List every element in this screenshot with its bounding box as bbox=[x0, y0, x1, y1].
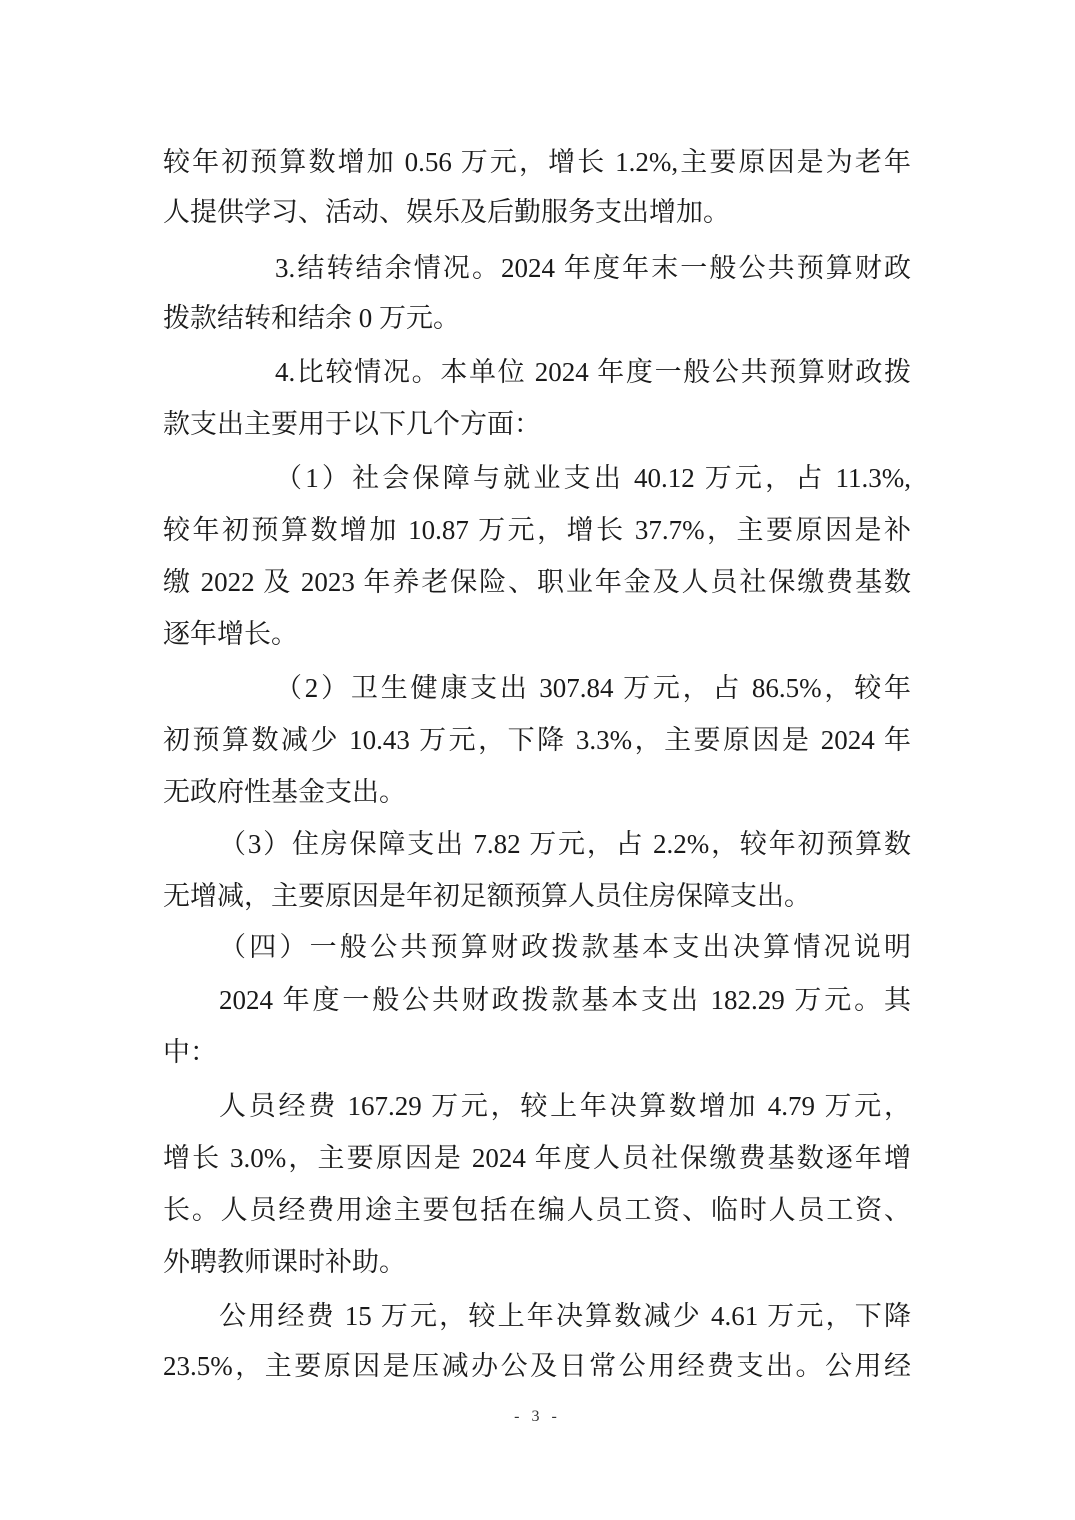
paragraph-line: 公用经费 15 万元，较上年决算数减少 4.61 万元，下降 bbox=[219, 1296, 911, 1336]
paragraph-line: 长。人员经费用途主要包括在编人员工资、临时人员工资、 bbox=[163, 1190, 911, 1230]
paragraph-line: 增长 3.0%，主要原因是 2024 年度人员社保缴费基数逐年增 bbox=[163, 1138, 911, 1178]
paragraph-line: 2024 年度一般公共财政拨款基本支出 182.29 万元。其 bbox=[219, 980, 911, 1020]
paragraph-line: 初预算数减少 10.43 万元，下降 3.3%，主要原因是 2024 年 bbox=[163, 720, 911, 760]
paragraph-line: 4.比较情况。本单位 2024 年度一般公共预算财政拨 bbox=[275, 352, 911, 392]
paragraph-line: 缴 2022 及 2023 年养老保险、职业年金及人员社保缴费基数 bbox=[163, 562, 911, 602]
paragraph-line: 较年初预算数增加 0.56 万元，增长 1.2%,主要原因是为老年 bbox=[163, 142, 911, 182]
paragraph-line: 人提供学习、活动、娱乐及后勤服务支出增加。 bbox=[163, 192, 911, 232]
paragraph-line: 款支出主要用于以下几个方面： bbox=[163, 404, 911, 444]
paragraph-line: 23.5%，主要原因是压减办公及日常公用经费支出。公用经 bbox=[163, 1346, 911, 1386]
paragraph-line: （1）社会保障与就业支出 40.12 万元，占 11.3%, bbox=[275, 458, 911, 498]
paragraph-line: 较年初预算数增加 10.87 万元，增长 37.7%，主要原因是补 bbox=[163, 510, 911, 550]
paragraph-line: 逐年增长。 bbox=[163, 614, 911, 654]
paragraph-line: （2）卫生健康支出 307.84 万元，占 86.5%，较年 bbox=[275, 668, 911, 708]
paragraph-line: 中： bbox=[163, 1032, 911, 1072]
paragraph-line: 外聘教师课时补助。 bbox=[163, 1242, 911, 1282]
paragraph-line: 无增减，主要原因是年初足额预算人员住房保障支出。 bbox=[163, 876, 911, 916]
paragraph-line: 人员经费 167.29 万元，较上年决算数增加 4.79 万元， bbox=[219, 1086, 911, 1126]
paragraph-line: （3）住房保障支出 7.82 万元，占 2.2%，较年初预算数 bbox=[219, 824, 911, 864]
paragraph-line: 拨款结转和结余 0 万元。 bbox=[163, 298, 911, 338]
document-page: 较年初预算数增加 0.56 万元，增长 1.2%,主要原因是为老年人提供学习、活… bbox=[0, 0, 1075, 1520]
section-heading: （四）一般公共预算财政拨款基本支出决算情况说明 bbox=[219, 928, 911, 968]
page-number: - 3 - bbox=[0, 1408, 1075, 1426]
paragraph-line: 3.结转结余情况。2024 年度年末一般公共预算财政 bbox=[275, 248, 911, 288]
paragraph-line: 无政府性基金支出。 bbox=[163, 772, 911, 812]
